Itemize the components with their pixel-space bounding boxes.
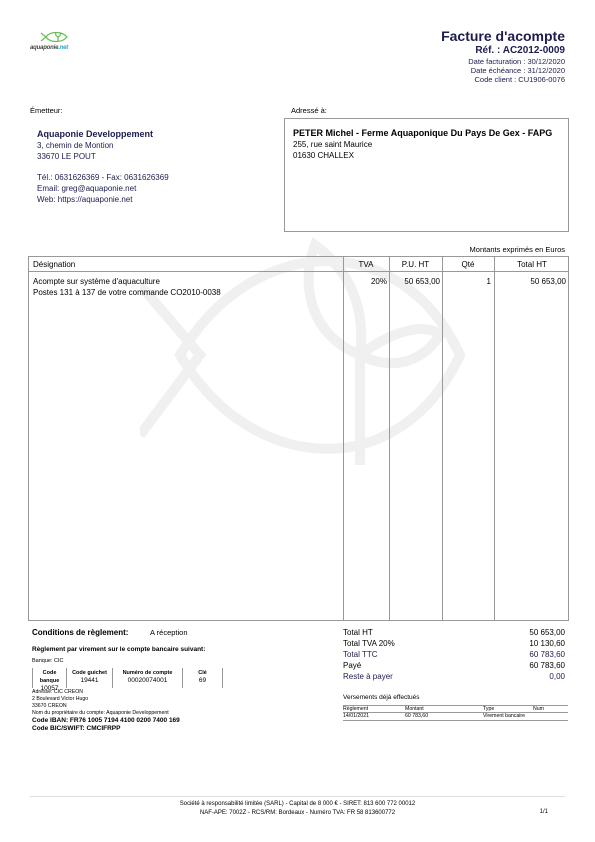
company-logo: aquaponie.net [30, 30, 80, 54]
column-divider [442, 257, 443, 620]
row-total-ht: 50 653,00 [494, 276, 566, 287]
bank-code-col: Code banque 10057 [32, 668, 66, 688]
payments-table: Règlement Montant Type Num 14/01/2021 60… [343, 705, 568, 721]
iban: Code IBAN: FR76 1005 7194 4100 0200 7400… [32, 717, 180, 725]
bank-address: Adresse: CIC CREON 2 Boulevard Victor Hu… [32, 689, 180, 733]
header-designation: Désignation [33, 259, 75, 270]
logo-text: aquaponie.net [30, 45, 68, 51]
bank-name: Banque: CIC [32, 658, 64, 664]
branch-code-col: Code guichet 19441 [66, 668, 112, 688]
footer-line-2: NAF-APE: 7002Z - RCS/RM: Bordeaux - Numé… [0, 809, 595, 818]
column-divider [389, 257, 390, 620]
column-divider [343, 257, 344, 620]
row-qty: 1 [442, 276, 491, 287]
paid-row: Payé60 783,60 [343, 660, 565, 671]
row-pu-ht: 50 653,00 [389, 276, 440, 287]
header-tva: TVA [343, 259, 389, 270]
bank-transfer-title: Règlement par virement sur le compte ban… [32, 646, 205, 653]
currency-note: Montants exprimés en Euros [470, 245, 565, 254]
bic: Code BIC/SWIFT: CMCIFRPP [32, 725, 180, 733]
emitter-phone: Tél.: 0631626369 - Fax: 0631626369 [37, 172, 268, 183]
header-qty: Qté [442, 259, 494, 270]
conditions-value: A réception [150, 628, 188, 637]
footer: Société à responsabilité limitée (SARL) … [0, 800, 595, 818]
recipient-label: Adressé à: [291, 106, 327, 115]
emitter-name: Aquaponie Developpement [37, 128, 268, 140]
recipient-name: PETER Michel - Ferme Aquaponique Du Pays… [293, 127, 560, 139]
recipient-address-2: 01630 CHALLEX [293, 150, 560, 161]
emitter-email[interactable]: Email: greg@aquaponie.net [37, 183, 268, 194]
invoice-title: Facture d'acompte [441, 28, 565, 44]
recipient-address-1: 255, rue saint Maurice [293, 139, 560, 150]
account-number-col: Numéro de compte 00020074001 [112, 668, 182, 688]
invoice-header: Facture d'acompte Réf. : AC2012-0009 Dat… [441, 28, 565, 84]
payment-conditions: Conditions de règlement: A réception [32, 628, 128, 637]
table-row: 14/01/2021 60 783,60 Virement bancaire [343, 713, 568, 721]
header-total-ht: Total HT [494, 259, 570, 270]
emitter-block: Aquaponie Developpement 3, chemin de Mon… [30, 118, 275, 228]
items-table: Désignation TVA P.U. HT Qté Total HT Aco… [28, 256, 569, 621]
total-ht-row: Total HT50 653,00 [343, 627, 565, 638]
total-ttc-row: Total TTC60 783,60 [343, 649, 565, 660]
row-designation-line-1: Acompte sur système d'aquaculture [33, 276, 160, 287]
emitter-address-1: 3, chemin de Montion [37, 140, 268, 151]
header-pu-ht: P.U. HT [389, 259, 442, 270]
emitter-label: Émetteur: [30, 106, 63, 115]
row-tva: 20% [343, 276, 387, 287]
footer-line-1: Société à responsabilité limitée (SARL) … [0, 800, 595, 809]
row-designation-line-2: Postes 131 à 137 de votre commande CO201… [33, 287, 221, 298]
total-tva-row: Total TVA 20%10 130,60 [343, 638, 565, 649]
payments-title: Versements déjà effectués [343, 694, 419, 701]
invoice-ref: Réf. : AC2012-0009 [441, 44, 565, 57]
emitter-address-2: 33670 LE POUT [37, 151, 268, 162]
remaining-row: Reste à payer0,00 [343, 671, 565, 682]
conditions-label: Conditions de règlement: [32, 628, 128, 637]
bank-details-table: Code banque 10057 Code guichet 19441 Num… [32, 668, 223, 688]
totals-block: Total HT50 653,00 Total TVA 20%10 130,60… [343, 627, 565, 682]
client-code: Code client : CU1906-0076 [441, 75, 565, 84]
invoice-date: Date facturation : 30/12/2020 [441, 57, 565, 66]
recipient-block: PETER Michel - Ferme Aquaponique Du Pays… [284, 118, 569, 232]
header-divider [29, 271, 568, 272]
page-number: 1/1 [540, 809, 548, 815]
footer-divider [30, 796, 565, 797]
due-date: Date échéance : 31/12/2020 [441, 66, 565, 75]
fish-icon [40, 30, 68, 44]
payments-header: Règlement Montant Type Num [343, 705, 568, 713]
column-divider [494, 257, 495, 620]
emitter-web[interactable]: Web: https://aquaponie.net [37, 194, 268, 205]
key-col: Clé 69 [182, 668, 223, 688]
